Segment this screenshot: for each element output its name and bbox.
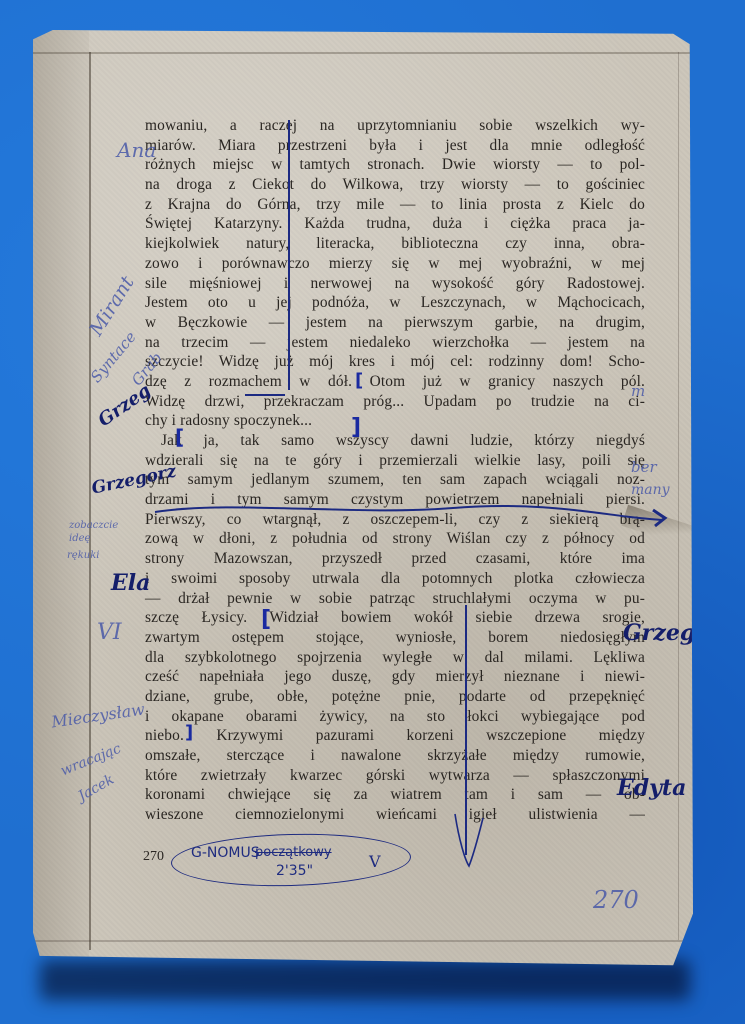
text-line: dziane, grube, obłe, potężne pnie, podar… (145, 687, 645, 707)
text-line: Widzę drzwi, przekraczam próg... Upadam … (145, 392, 645, 412)
text-line: miarów. Miara przestrzeni była i jest dl… (145, 136, 645, 156)
page-fold (33, 30, 89, 970)
text-line: koronami chwiejące się za wiatrem tam i … (145, 785, 645, 805)
frame-line-right (678, 52, 679, 940)
printed-page-number: 270 (143, 849, 164, 865)
annotation-mirant: Mirant (85, 272, 139, 339)
annotation-ber: ber (631, 458, 657, 476)
text-line: szczycie! Widzę już mój kres i mój cel: … (145, 352, 645, 372)
text-line: szczę Łysicy. Widział bowiem wokół siebi… (145, 608, 645, 628)
text-line: zwartym ostępem stojące, wyniosłe, borem… (145, 628, 645, 648)
oval-time: 2'35" (276, 863, 313, 879)
frame-line-bottom (33, 940, 693, 942)
bracket-mark-icon: ] (185, 722, 193, 743)
text-line: sile mięśniowej i nerwowej na wysokość g… (145, 274, 645, 294)
text-line: omszałe, sterczące i nawalone skrzyżałe … (145, 746, 645, 766)
bracket-mark-icon: ] (351, 415, 361, 440)
text-line: kiejkolwiek natury, literacka, bibliotec… (145, 234, 645, 254)
text-line: cześć napełniała jego duszę, gdy mierzył… (145, 667, 645, 687)
text-line: różnych miejsc w tamtych stronach. Dwie … (145, 155, 645, 175)
text-line: — drżał pewnie w sobie patrząc struchlał… (145, 589, 645, 609)
annotation-zobaczcie: zobaczcie (69, 520, 118, 531)
page-shadow (40, 960, 690, 1000)
underline-mark (245, 394, 285, 396)
text-line: wdzierali się na te góry i przemierzali … (145, 451, 645, 471)
annotation-edyta: Edyta (617, 775, 686, 801)
text-line: Świętej Katarzyny. Każda trudna, duża i … (145, 214, 645, 234)
down-arrow-icon (451, 810, 487, 870)
wavy-cut-line (153, 498, 673, 528)
text-line: dzę z rozmachem w dół. Otom już w granic… (145, 372, 645, 392)
annotation-ana: Ana (117, 138, 156, 162)
text-line: zowo i porównawczo mierzy się w mej wyob… (145, 254, 645, 274)
text-line: i swoimi sposoby utrwala dla potomnych p… (145, 569, 645, 589)
text-line: mowaniu, a raczej na uprzytomnianiu sobi… (145, 116, 645, 136)
book-page: mowaniu, a raczej na uprzytomnianiu sobi… (33, 30, 693, 970)
text-line: z Krajna do Górna, trzy mile — to linia … (145, 195, 645, 215)
text-line: tym samym jedlanym szumem, ten sam zapac… (145, 470, 645, 490)
vertical-ink-line-top (288, 120, 290, 390)
annotation-m: m (631, 382, 645, 400)
text-line: na droga z Ciekot do Wilkowa, trzy wiors… (145, 175, 645, 195)
text-line: dla szybkolotnego spojrzenia wyległe w d… (145, 648, 645, 668)
annotation-vi: VI (97, 620, 122, 645)
oval-struck-text: początkowy (255, 845, 332, 860)
text-line: Jestem oto u jej podnóża, w Leszczynach,… (145, 293, 645, 313)
text-line: zową w dłoni, z południa od strony Wiśla… (145, 529, 645, 549)
text-line: strony Mazowszan, przyszedł przed czasam… (145, 549, 645, 569)
annotation-rekuki: rękuki (67, 550, 99, 561)
text-line: chy i radosny spoczynek... (145, 411, 645, 431)
text-line: na trzecim — jestem niedaleko wierzchołk… (145, 333, 645, 353)
bracket-mark-icon: [ (175, 425, 184, 449)
annotation-many: many (631, 482, 670, 498)
annotation-idee: ideę (69, 533, 90, 544)
text-line: w Bęczkowie — jestem na pierwszym garbie… (145, 313, 645, 333)
annotation-grzeg-right: Grzeg (623, 620, 695, 646)
body-text: mowaniu, a raczej na uprzytomnianiu sobi… (145, 116, 645, 825)
frame-line-top (33, 52, 693, 54)
text-line: niebo. Krzywymi pazurami korzeni wszczep… (145, 726, 645, 746)
bracket-mark-icon: [ (355, 370, 363, 391)
oval-tick: V (369, 852, 381, 871)
text-line: i okapane obarami żywicy, na sto łokci w… (145, 707, 645, 727)
annotation-ela: Ela (111, 570, 150, 596)
text-line: które zwietrzały kwarzec górski wytwarza… (145, 766, 645, 786)
handwritten-page-number: 270 (593, 886, 639, 914)
bracket-mark-icon: [ (261, 607, 271, 632)
text-line: wieszone ciemnozielonymi wieńcami igieł … (145, 805, 645, 825)
frame-line-left (89, 52, 91, 950)
text-line: Jak ja, tak samo wszyscy dawni ludzie, k… (145, 431, 645, 451)
